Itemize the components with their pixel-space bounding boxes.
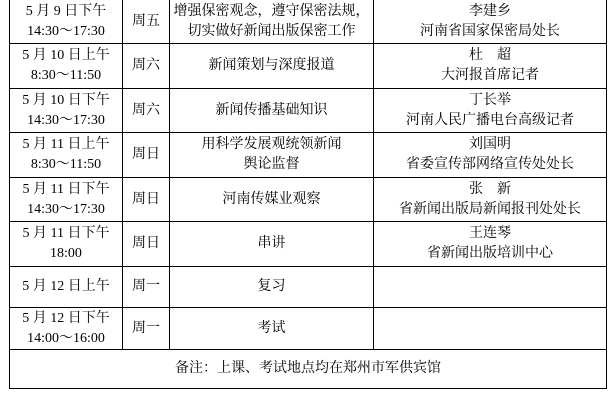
instructor-cell: 丁长举 河南人民广播电台高级记者 [374, 89, 607, 133]
time-text: 8:30～11:50 [10, 155, 122, 175]
course-line: 串讲 [170, 234, 373, 254]
course-cell: 新闻传播基础知识 [170, 89, 374, 133]
time-text: 14:30～17:30 [10, 200, 122, 220]
instructor-cell: 李建乡 河南省国家保密局处长 [374, 0, 607, 44]
table-row: 5 月 10 日上午 8:30～11:50 周六 新闻策划与深度报道 杜 超 大… [10, 44, 607, 89]
course-cell: 增强保密观念，遵守保密法规， 切实做好新闻出版保密工作 [170, 0, 374, 44]
time-text: 14:00～16:00 [10, 329, 122, 349]
table-row: 5 月 10 日下午 14:30～17:30 周六 新闻传播基础知识 丁长举 河… [10, 89, 607, 133]
date-cell: 5 月 11 日下午 14:30～17:30 [10, 178, 123, 222]
date-text: 5 月 10 日下午 [10, 91, 122, 111]
instructor-cell: 刘国明 省委宣传部网络宣传处处长 [374, 133, 607, 178]
date-text: 5 月 11 日下午 [10, 224, 122, 244]
instructor-cell: 杜 超 大河报首席记者 [374, 44, 607, 89]
course-cell: 复习 [170, 267, 374, 308]
date-cell: 5 月 9 日下午 14:30～17:30 [10, 0, 123, 44]
instructor-name: 李建乡 [374, 2, 606, 22]
instructor-name: 王连琴 [374, 224, 606, 244]
table-row: 5 月 11 日下午 18:00 周日 串讲 王连琴 省新闻出版培训中心 [10, 222, 607, 267]
date-text: 5 月 12 日下午 [10, 309, 122, 329]
weekday-cell: 周一 [123, 267, 170, 308]
course-line: 河南传媒业观察 [170, 190, 373, 210]
time-text: 8:30～11:50 [10, 66, 122, 86]
course-cell: 用科学发展观统领新闻 舆论监督 [170, 133, 374, 178]
schedule-page: 5 月 9 日下午 14:30～17:30 周五 增强保密观念，遵守保密法规， … [0, 0, 612, 397]
course-schedule-table: 5 月 9 日下午 14:30～17:30 周五 增强保密观念，遵守保密法规， … [9, 0, 607, 389]
note-row: 备注：上课、考试地点均在郑州市军供宾馆 [10, 350, 607, 389]
course-cell: 串讲 [170, 222, 374, 267]
instructor-name: 丁长举 [374, 91, 606, 111]
weekday-cell: 周日 [123, 133, 170, 178]
weekday-cell: 周日 [123, 222, 170, 267]
date-cell: 5 月 10 日上午 8:30～11:50 [10, 44, 123, 89]
date-cell: 5 月 11 日下午 18:00 [10, 222, 123, 267]
course-cell: 考试 [170, 308, 374, 350]
date-text: 5 月 9 日下午 [10, 2, 122, 22]
note-cell: 备注：上课、考试地点均在郑州市军供宾馆 [10, 350, 607, 389]
note-text: 备注：上课、考试地点均在郑州市军供宾馆 [175, 361, 441, 376]
time-text: 18:00 [10, 244, 122, 264]
table-row: 5 月 12 日下午 14:00～16:00 周一 考试 [10, 308, 607, 350]
course-line: 用科学发展观统领新闻 [170, 135, 373, 155]
course-line: 舆论监督 [170, 155, 373, 175]
weekday-cell: 周六 [123, 44, 170, 89]
instructor-title: 省新闻出版培训中心 [374, 244, 606, 264]
table-row: 5 月 9 日下午 14:30～17:30 周五 增强保密观念，遵守保密法规， … [10, 0, 607, 44]
table-row: 5 月 11 日上午 8:30～11:50 周日 用科学发展观统领新闻 舆论监督… [10, 133, 607, 178]
instructor-cell: 王连琴 省新闻出版培训中心 [374, 222, 607, 267]
instructor-name: 杜 超 [374, 46, 606, 66]
instructor-name: 张 新 [374, 180, 606, 200]
time-text: 14:30～17:30 [10, 22, 122, 42]
course-line: 复习 [170, 277, 373, 297]
instructor-name: 刘国明 [374, 135, 606, 155]
weekday-cell: 周一 [123, 308, 170, 350]
date-cell: 5 月 10 日下午 14:30～17:30 [10, 89, 123, 133]
date-text: 5 月 11 日下午 [10, 180, 122, 200]
course-line: 考试 [170, 319, 373, 339]
instructor-cell: 张 新 省新闻出版局新闻报刊处处长 [374, 178, 607, 222]
table-row: 5 月 12 日上午 周一 复习 [10, 267, 607, 308]
instructor-title: 河南省国家保密局处长 [374, 22, 606, 42]
date-cell: 5 月 12 日下午 14:00～16:00 [10, 308, 123, 350]
instructor-title: 省新闻出版局新闻报刊处处长 [374, 200, 606, 220]
instructor-cell [374, 267, 607, 308]
table-row: 5 月 11 日下午 14:30～17:30 周日 河南传媒业观察 张 新 省新… [10, 178, 607, 222]
course-cell: 新闻策划与深度报道 [170, 44, 374, 89]
course-line: 新闻策划与深度报道 [170, 56, 373, 76]
course-line: 增强保密观念，遵守保密法规， [170, 2, 373, 22]
time-text: 14:30～17:30 [10, 111, 122, 131]
date-cell: 5 月 11 日上午 8:30～11:50 [10, 133, 123, 178]
instructor-title: 大河报首席记者 [374, 66, 606, 86]
course-line: 新闻传播基础知识 [170, 101, 373, 121]
weekday-cell: 周五 [123, 0, 170, 44]
date-cell: 5 月 12 日上午 [10, 267, 123, 308]
course-line: 切实做好新闻出版保密工作 [170, 22, 373, 42]
date-text: 5 月 11 日上午 [10, 135, 122, 155]
date-text: 5 月 10 日上午 [10, 46, 122, 66]
course-cell: 河南传媒业观察 [170, 178, 374, 222]
date-text: 5 月 12 日上午 [10, 277, 122, 297]
instructor-title: 省委宣传部网络宣传处处长 [374, 155, 606, 175]
instructor-title: 河南人民广播电台高级记者 [374, 111, 606, 131]
instructor-cell [374, 308, 607, 350]
weekday-cell: 周日 [123, 178, 170, 222]
weekday-cell: 周六 [123, 89, 170, 133]
